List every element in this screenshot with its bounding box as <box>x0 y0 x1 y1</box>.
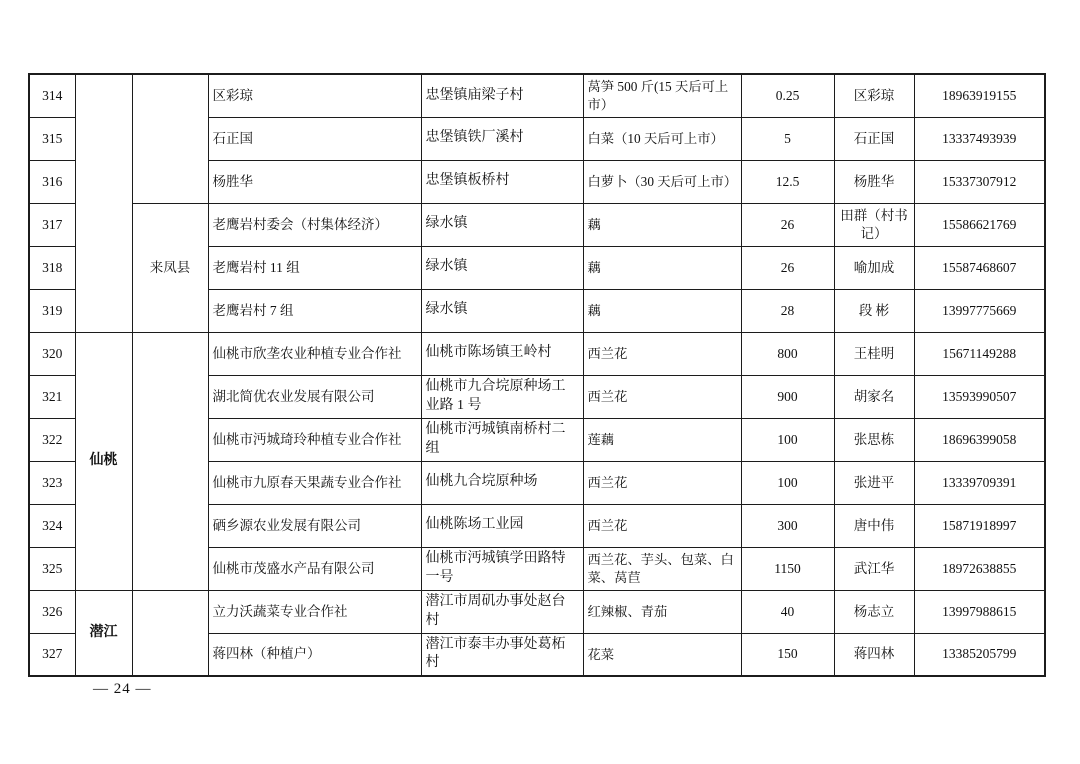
cell-county <box>132 74 208 203</box>
cell-phone: 18696399058 <box>914 418 1045 461</box>
cell-phone: 13593990507 <box>914 375 1045 418</box>
cell-contact: 段 彬 <box>834 289 914 332</box>
cell-contact: 武江华 <box>834 547 914 590</box>
cell-location: 绿水镇 <box>421 246 583 289</box>
cell-phone: 13997775669 <box>914 289 1045 332</box>
cell-location: 仙桃九合垸原种场 <box>421 461 583 504</box>
cell-location: 仙桃陈场工业园 <box>421 504 583 547</box>
cell-quantity: 900 <box>741 375 834 418</box>
cell-phone: 15337307912 <box>914 160 1045 203</box>
cell-product: 白萝卜（30 天后可上市） <box>583 160 741 203</box>
cell-quantity: 28 <box>741 289 834 332</box>
table-row: 314 区彩琼 忠堡镇庙梁子村 莴笋 500 斤(15 天后可上市） 0.25 … <box>29 74 1045 117</box>
cell-producer-name: 区彩琼 <box>208 74 421 117</box>
cell-quantity: 800 <box>741 332 834 375</box>
cell-contact: 杨胜华 <box>834 160 914 203</box>
cell-serial: 314 <box>29 74 75 117</box>
cell-contact: 王桂明 <box>834 332 914 375</box>
cell-producer-name: 老鹰岩村 11 组 <box>208 246 421 289</box>
cell-county: 来凤县 <box>132 203 208 332</box>
cell-producer-name: 杨胜华 <box>208 160 421 203</box>
cell-product: 藕 <box>583 289 741 332</box>
cell-contact: 杨志立 <box>834 590 914 633</box>
cell-contact: 蒋四林 <box>834 633 914 676</box>
cell-product: 藕 <box>583 203 741 246</box>
cell-region <box>75 74 132 332</box>
cell-region: 仙桃 <box>75 332 132 590</box>
cell-region: 潜江 <box>75 590 132 676</box>
cell-county <box>132 590 208 676</box>
cell-phone: 18972638855 <box>914 547 1045 590</box>
cell-product: 莲藕 <box>583 418 741 461</box>
document-page: 314 区彩琼 忠堡镇庙梁子村 莴笋 500 斤(15 天后可上市） 0.25 … <box>0 0 1080 764</box>
cell-serial: 316 <box>29 160 75 203</box>
cell-product: 西兰花 <box>583 332 741 375</box>
cell-producer-name: 仙桃市九原春天果蔬专业合作社 <box>208 461 421 504</box>
cell-serial: 319 <box>29 289 75 332</box>
cell-product: 西兰花 <box>583 375 741 418</box>
cell-serial: 322 <box>29 418 75 461</box>
cell-contact: 张进平 <box>834 461 914 504</box>
cell-product: 西兰花 <box>583 504 741 547</box>
cell-phone: 15871918997 <box>914 504 1045 547</box>
cell-product: 西兰花 <box>583 461 741 504</box>
cell-product: 花菜 <box>583 633 741 676</box>
cell-location: 忠堡镇铁厂溪村 <box>421 117 583 160</box>
table-row: 326 潜江 立力沃蔬菜专业合作社 潜江市周矶办事处赵台村 红辣椒、青茄 40 … <box>29 590 1045 633</box>
cell-producer-name: 石正国 <box>208 117 421 160</box>
cell-location: 忠堡镇庙梁子村 <box>421 74 583 117</box>
cell-product: 红辣椒、青茄 <box>583 590 741 633</box>
cell-location: 绿水镇 <box>421 289 583 332</box>
cell-serial: 320 <box>29 332 75 375</box>
cell-county <box>132 332 208 590</box>
cell-phone: 15586621769 <box>914 203 1045 246</box>
cell-producer-name: 湖北简优农业发展有限公司 <box>208 375 421 418</box>
cell-location: 仙桃市陈场镇王岭村 <box>421 332 583 375</box>
cell-phone: 15587468607 <box>914 246 1045 289</box>
cell-product: 西兰花、芋头、包菜、白菜、莴苣 <box>583 547 741 590</box>
cell-quantity: 100 <box>741 418 834 461</box>
table-row: 320 仙桃 仙桃市欣垄农业种植专业合作社 仙桃市陈场镇王岭村 西兰花 800 … <box>29 332 1045 375</box>
cell-serial: 324 <box>29 504 75 547</box>
cell-quantity: 26 <box>741 246 834 289</box>
cell-quantity: 26 <box>741 203 834 246</box>
cell-phone: 13337493939 <box>914 117 1045 160</box>
cell-serial: 323 <box>29 461 75 504</box>
cell-phone: 13997988615 <box>914 590 1045 633</box>
cell-quantity: 300 <box>741 504 834 547</box>
cell-phone: 18963919155 <box>914 74 1045 117</box>
cell-quantity: 1150 <box>741 547 834 590</box>
cell-serial: 317 <box>29 203 75 246</box>
cell-producer-name: 老鹰岩村委会（村集体经济） <box>208 203 421 246</box>
cell-serial: 326 <box>29 590 75 633</box>
cell-product: 白菜（10 天后可上市） <box>583 117 741 160</box>
table-row: 317 来凤县 老鹰岩村委会（村集体经济） 绿水镇 藕 26 田群（村书记） 1… <box>29 203 1045 246</box>
cell-location: 仙桃市沔城镇南桥村二组 <box>421 418 583 461</box>
cell-location: 潜江市周矶办事处赵台村 <box>421 590 583 633</box>
cell-quantity: 150 <box>741 633 834 676</box>
cell-quantity: 40 <box>741 590 834 633</box>
cell-phone: 13385205799 <box>914 633 1045 676</box>
cell-location: 绿水镇 <box>421 203 583 246</box>
cell-serial: 315 <box>29 117 75 160</box>
cell-producer-name: 仙桃市沔城琦玲种植专业合作社 <box>208 418 421 461</box>
cell-producer-name: 老鹰岩村 7 组 <box>208 289 421 332</box>
cell-producer-name: 硒乡源农业发展有限公司 <box>208 504 421 547</box>
cell-producer-name: 蒋四林（种植户） <box>208 633 421 676</box>
cell-phone: 13339709391 <box>914 461 1045 504</box>
cell-location: 忠堡镇板桥村 <box>421 160 583 203</box>
cell-quantity: 100 <box>741 461 834 504</box>
producers-table: 314 区彩琼 忠堡镇庙梁子村 莴笋 500 斤(15 天后可上市） 0.25 … <box>28 73 1046 677</box>
cell-serial: 327 <box>29 633 75 676</box>
cell-contact: 石正国 <box>834 117 914 160</box>
cell-producer-name: 仙桃市欣垄农业种植专业合作社 <box>208 332 421 375</box>
cell-location: 潜江市泰丰办事处葛柘村 <box>421 633 583 676</box>
page-number: — 24 — <box>93 681 152 698</box>
cell-quantity: 0.25 <box>741 74 834 117</box>
cell-product: 莴笋 500 斤(15 天后可上市） <box>583 74 741 117</box>
cell-producer-name: 仙桃市茂盛水产品有限公司 <box>208 547 421 590</box>
cell-quantity: 5 <box>741 117 834 160</box>
cell-contact: 区彩琼 <box>834 74 914 117</box>
cell-phone: 15671149288 <box>914 332 1045 375</box>
cell-serial: 318 <box>29 246 75 289</box>
cell-contact: 喻加成 <box>834 246 914 289</box>
cell-serial: 325 <box>29 547 75 590</box>
cell-location: 仙桃市九合垸原种场工业路 1 号 <box>421 375 583 418</box>
cell-serial: 321 <box>29 375 75 418</box>
cell-contact: 唐中伟 <box>834 504 914 547</box>
cell-product: 藕 <box>583 246 741 289</box>
cell-quantity: 12.5 <box>741 160 834 203</box>
cell-contact: 张思栋 <box>834 418 914 461</box>
cell-contact: 胡家名 <box>834 375 914 418</box>
cell-location: 仙桃市沔城镇学田路特一号 <box>421 547 583 590</box>
cell-producer-name: 立力沃蔬菜专业合作社 <box>208 590 421 633</box>
cell-contact: 田群（村书记） <box>834 203 914 246</box>
